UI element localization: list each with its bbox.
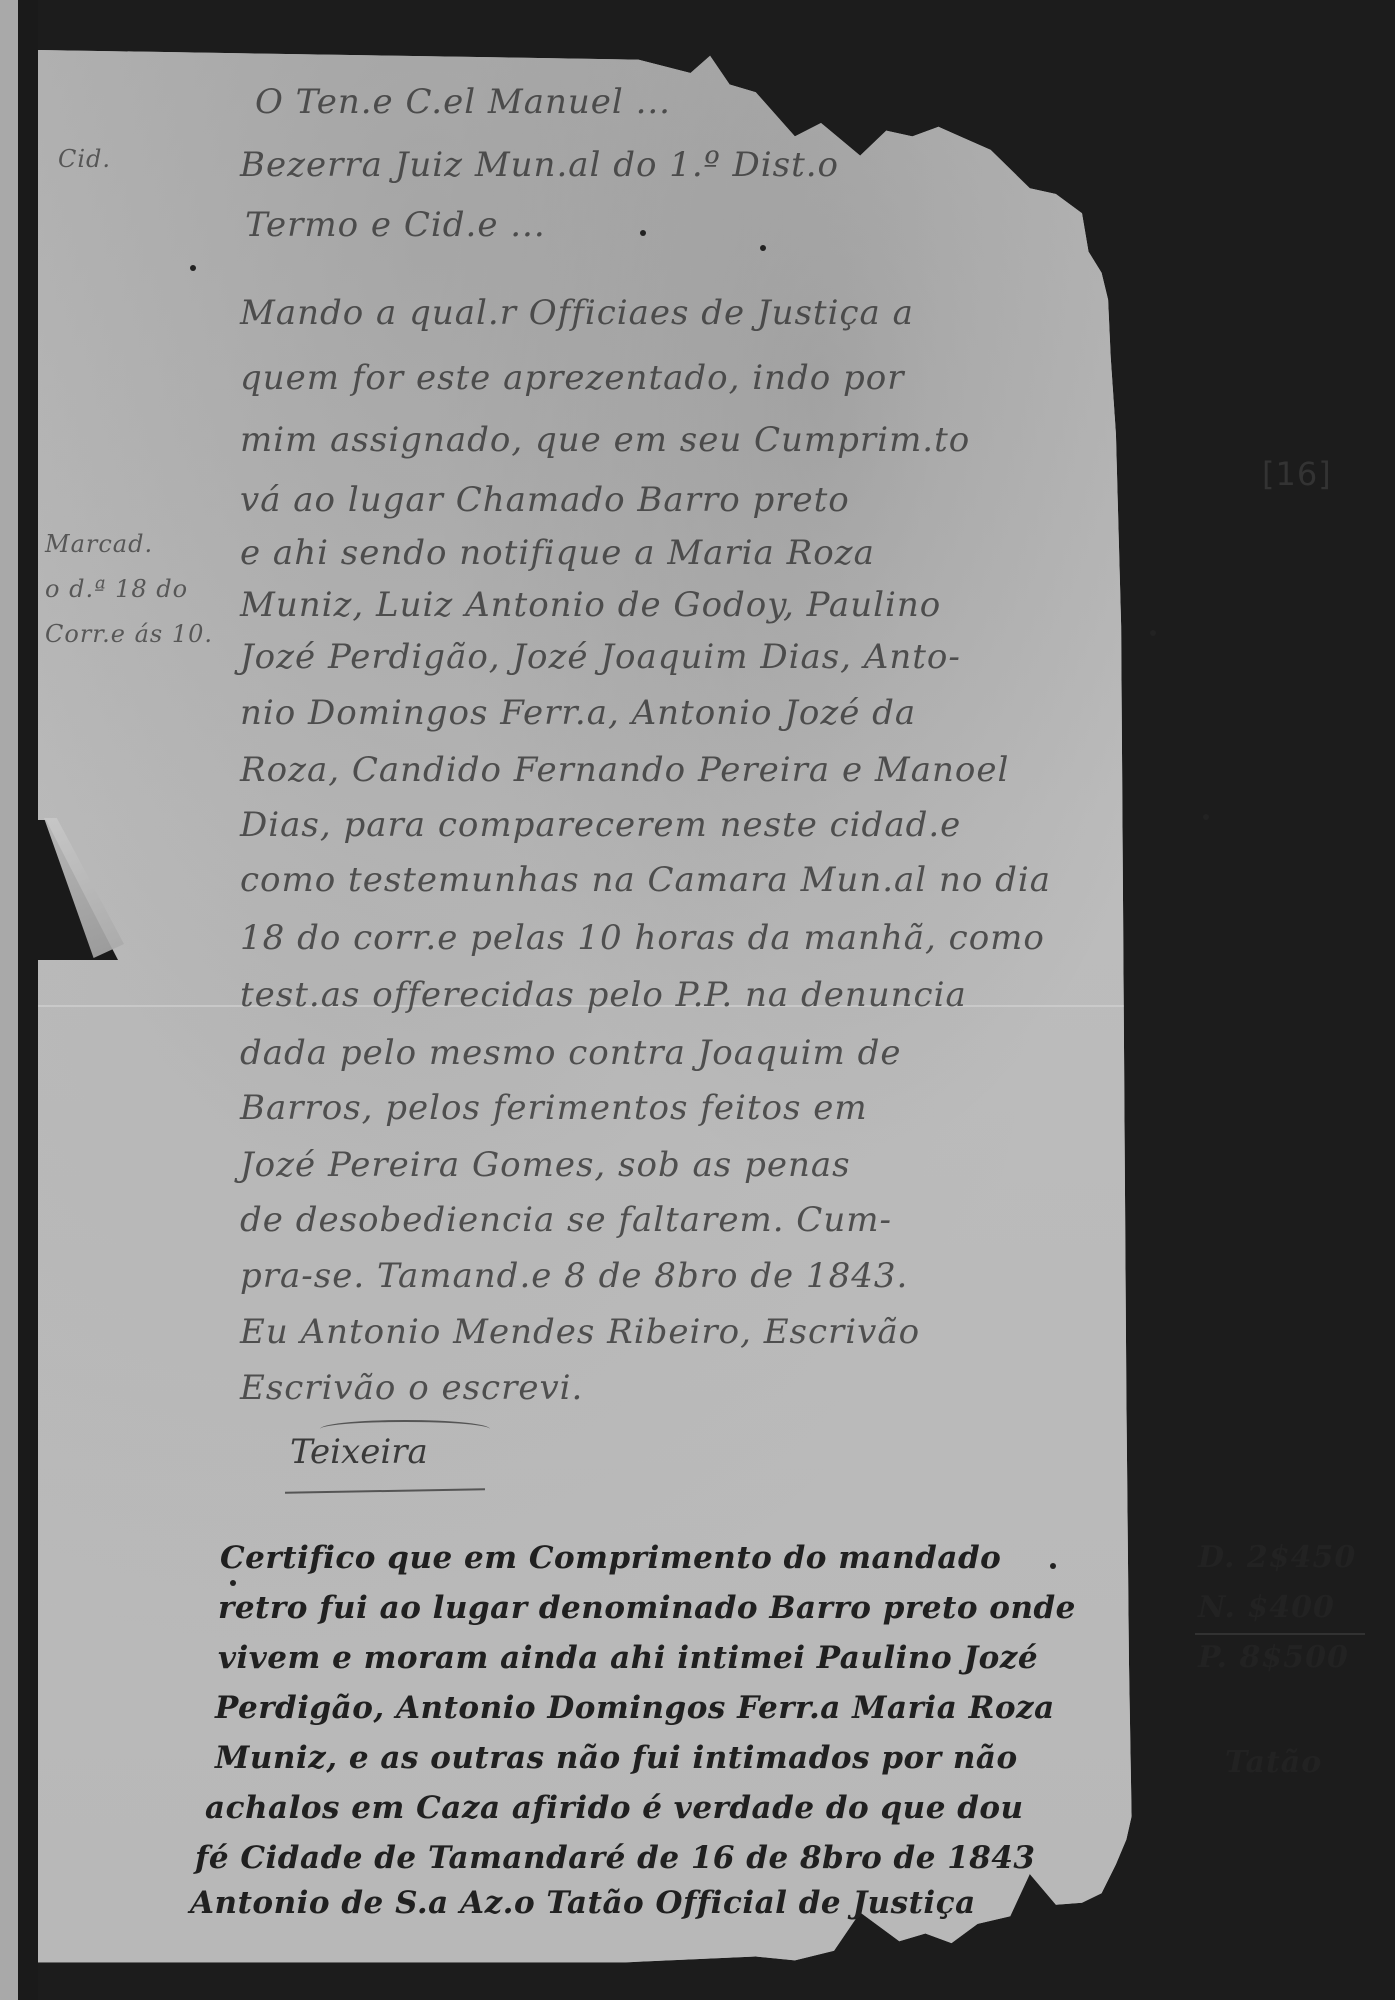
body-line: Jozé Perdigão, Jozé Joaquim Dias, Anto-	[240, 637, 961, 677]
body-line: test.as offerecidas pelo P.P. na denunci…	[240, 975, 967, 1015]
adjacent-page-edge	[0, 0, 18, 2000]
body-line: de desobediencia se faltarem. Cum-	[240, 1200, 892, 1240]
fee-total-rule	[1195, 1633, 1365, 1635]
fee-amount: $400	[1247, 1590, 1335, 1625]
header-line: O Ten.e C.el Manuel ...	[255, 82, 671, 122]
body-line: dada pelo mesmo contra Joaquim de	[240, 1033, 902, 1073]
archive-page-number: [16]	[1262, 455, 1332, 493]
fee-entry: N. $400	[1198, 1590, 1335, 1625]
header-line: Bezerra Juiz Mun.al do 1.º Dist.o	[240, 145, 839, 185]
certificate-line: Certifico que em Comprimento do mandado	[220, 1540, 1001, 1576]
certificate-line: vivem e moram ainda ahi intimei Paulino …	[218, 1640, 1038, 1676]
body-line: como testemunhas na Camara Mun.al no dia	[240, 860, 1051, 900]
body-line: mim assignado, que em seu Cumprim.to	[240, 420, 970, 460]
ink-spot	[1150, 630, 1156, 636]
body-line: e ahi sendo notifique a Maria Roza	[240, 533, 875, 573]
fee-label: N.	[1198, 1590, 1236, 1625]
margin-note-line-1: Marcad.	[45, 530, 153, 558]
fee-amount: 2$450	[1247, 1540, 1356, 1575]
fee-label: P.	[1198, 1640, 1228, 1675]
certificate-line: fé Cidade de Tamandaré de 16 de 8bro de …	[195, 1840, 1036, 1876]
body-line: Escrivão o escrevi.	[240, 1368, 583, 1408]
ink-spot	[640, 230, 646, 236]
body-line: Muniz, Luiz Antonio de Godoy, Paulino	[240, 585, 941, 625]
body-line: vá ao lugar Chamado Barro preto	[240, 480, 850, 520]
body-line: Eu Antonio Mendes Ribeiro, Escrivão	[240, 1312, 920, 1352]
body-line: Roza, Candido Fernando Pereira e Manoel	[240, 750, 1009, 790]
fees-signature: Tatão	[1225, 1745, 1322, 1780]
fee-amount: 8$500	[1240, 1640, 1349, 1675]
fee-label: D.	[1198, 1540, 1235, 1575]
certificate-line: retro fui ao lugar denominado Barro pret…	[218, 1590, 1076, 1626]
judge-signature: Teixeira	[290, 1432, 428, 1472]
margin-note-line-3: Corr.e ás 10.	[45, 620, 213, 648]
body-line: Jozé Pereira Gomes, sob as penas	[240, 1145, 851, 1185]
scan-gutter	[18, 0, 38, 2000]
certificate-line: Perdigão, Antonio Domingos Ferr.a Maria …	[215, 1690, 1055, 1726]
margin-note-line-2: o d.ª 18 do	[45, 575, 188, 603]
body-line: pra-se. Tamand.e 8 de 8bro de 1843.	[240, 1256, 908, 1296]
certificate-line: Antonio de S.a Az.o Tatão Official de Ju…	[190, 1885, 976, 1921]
certificate-line: achalos em Caza afirido é verdade do que…	[205, 1790, 1024, 1826]
fee-entry: D. 2$450	[1198, 1540, 1356, 1575]
body-line: Dias, para comparecerem neste cidad.e	[240, 805, 961, 845]
ink-spot	[230, 1580, 236, 1586]
body-line: Barros, pelos ferimentos feitos em	[240, 1088, 868, 1128]
body-line: nio Domingos Ferr.a, Antonio Jozé da	[240, 693, 916, 733]
ink-spot	[1050, 1563, 1056, 1569]
margin-note-top: Cid.	[58, 145, 111, 173]
body-line: 18 do corr.e pelas 10 horas da manhã, co…	[240, 918, 1045, 958]
body-line: Mando a qual.r Officiaes de Justiça a	[240, 293, 914, 333]
ink-spot	[760, 245, 766, 251]
body-line: quem for este aprezentado, indo por	[240, 358, 905, 398]
header-line: Termo e Cid.e ...	[245, 205, 546, 245]
ink-spot	[190, 265, 196, 271]
ink-spot	[1203, 814, 1209, 820]
certificate-line: Muniz, e as outras não fui intimados por…	[215, 1740, 1018, 1776]
fee-entry: P. 8$500	[1198, 1640, 1349, 1675]
